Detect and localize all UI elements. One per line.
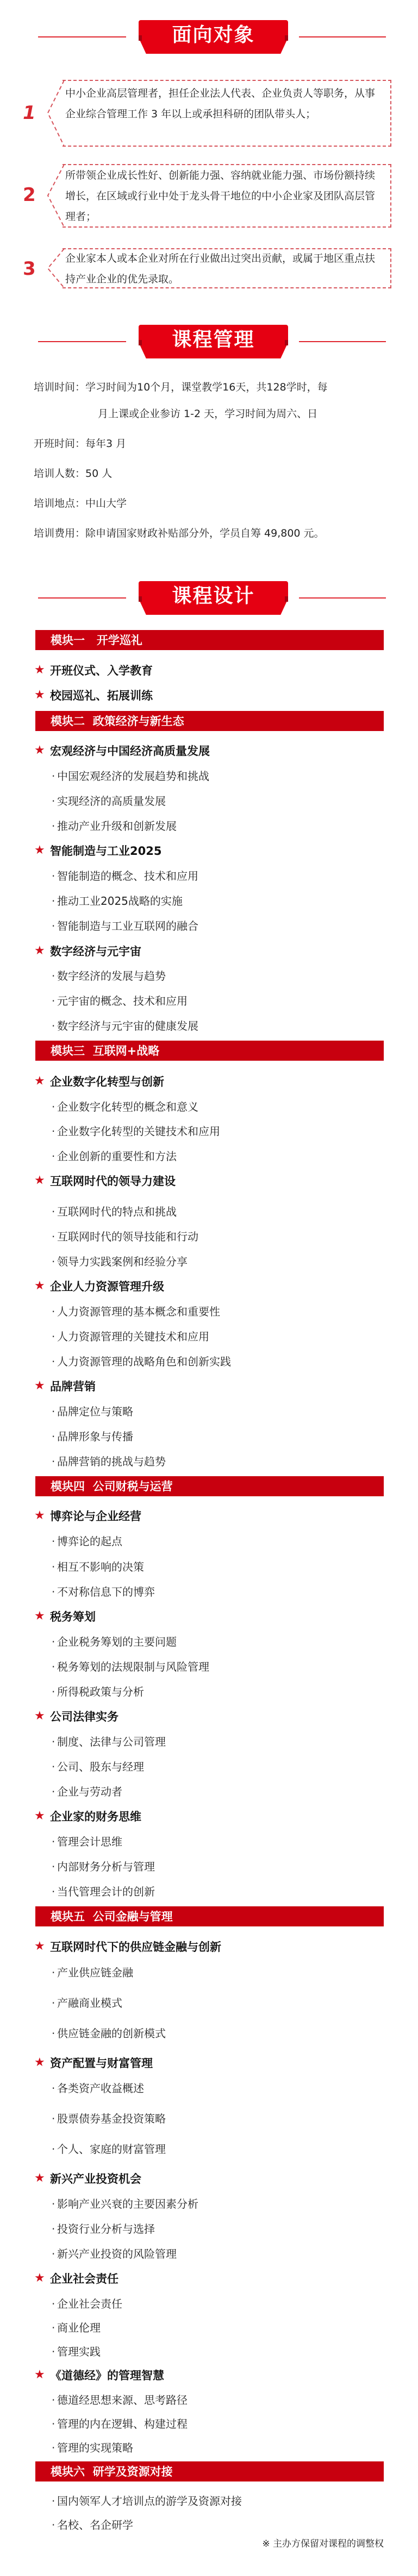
star-icon: ★: [34, 2057, 46, 2069]
subtopic: ·博弈论的起点: [52, 1534, 122, 1548]
divider-line: [38, 597, 126, 599]
star-icon: ★: [34, 1280, 46, 1292]
subtopic: ·人力资源管理的基本概念和重要性: [52, 1305, 220, 1319]
subtopic: ·股票债券基金投资策略: [52, 2112, 166, 2126]
item-number: 2: [23, 186, 36, 204]
module-bar-5: 模块五 公司金融与管理: [35, 1906, 384, 1926]
section-badge: 课程管理: [139, 325, 288, 358]
star-icon: ★: [34, 1610, 46, 1622]
star-icon: ★: [34, 845, 46, 856]
footnote: ※ 主办方保留对课程的调整权: [262, 2538, 384, 2550]
module-bar-3: 模块三 互联网+战略: [35, 1041, 384, 1061]
subtopic: ·品牌定位与策略: [52, 1404, 133, 1419]
chevron-bracket-icon: [37, 164, 64, 228]
topic-label: 企业社会责任: [50, 2271, 118, 2287]
module-bar-4: 模块四 公司财税与运营: [35, 1476, 384, 1496]
info-start-date: 开班时间：每年3 月: [34, 437, 126, 450]
star-icon: ★: [34, 2172, 46, 2184]
star-icon: ★: [34, 1380, 46, 1392]
subtopic: ·商业伦理: [52, 2321, 101, 2335]
module-title: 模块一 开学巡礼: [51, 633, 142, 648]
topic-label: 新兴产业投资机会: [50, 2171, 141, 2187]
subtopic: ·名校、名企研学: [52, 2518, 133, 2532]
audience-item-1: 1 中小企业高层管理者，担任企业法人代表、企业负责人等职务，从事企业综合管理工作…: [11, 80, 391, 147]
subtopic: ·企业与劳动者: [52, 1785, 122, 1799]
topic-label: 校园巡礼、拓展训练: [50, 688, 153, 703]
star-icon: ★: [34, 1510, 46, 1522]
module-title: 模块三 互联网+战略: [51, 1043, 159, 1059]
module-bar-1: 模块一 开学巡礼: [35, 630, 384, 650]
star-icon: ★: [34, 945, 46, 957]
module-bar-2: 模块二 政策经济与新生态: [35, 711, 384, 731]
subtopic: ·影响产业兴衰的主要因素分析: [52, 2197, 198, 2211]
subtopic: ·企业数字化转型的关键技术和应用: [52, 1124, 220, 1138]
subtopic: ·数字经济与元宇宙的健康发展: [52, 1019, 198, 1033]
topic-label: 数字经济与元宇宙: [50, 944, 141, 959]
topic-label: 企业数字化转型与创新: [50, 1074, 164, 1089]
divider-line: [299, 597, 386, 599]
star-icon: ★: [34, 2272, 46, 2284]
module-title: 模块四 公司财税与运营: [51, 1479, 173, 1494]
info-location: 培训地点：中山大学: [34, 497, 127, 510]
topic-label: 税务筹划: [50, 1609, 96, 1624]
subtopic: ·推动工业2025战略的实施: [52, 894, 183, 908]
section-badge: 面向对象: [139, 20, 288, 54]
subtopic: ·国内领军人才培训点的游学及资源对接: [52, 2494, 242, 2508]
module-title: 模块二 政策经济与新生态: [51, 714, 184, 729]
subtopic: ·不对称信息下的博弈: [52, 1585, 155, 1599]
topic-label: 智能制造与工业2025: [50, 843, 161, 859]
subtopic: ·各类资产收益概述: [52, 2081, 144, 2095]
star-icon: ★: [34, 1075, 46, 1087]
subtopic: ·管理实践: [52, 2345, 101, 2359]
subtopic: ·人力资源管理的战略角色和创新实践: [52, 1355, 231, 1369]
audience-item-3: 3 企业家本人或本企业对所在行业做出过突出贡献，或属于地区重点扶持产业企业的优先…: [11, 248, 391, 288]
info-class-size: 培训人数：50 人: [34, 467, 112, 480]
divider-line: [299, 341, 386, 342]
subtopic: ·企业创新的重要性和方法: [52, 1149, 177, 1163]
subtopic: ·新兴产业投资的风险管理: [52, 2247, 177, 2261]
subtopic: ·内部财务分析与管理: [52, 1860, 155, 1874]
divider-line: [38, 36, 126, 37]
section-header-management: 课程管理: [0, 325, 418, 360]
subtopic: ·供应链金融的创新模式: [52, 2026, 166, 2040]
topic-label: 资产配置与财富管理: [50, 2056, 153, 2071]
section-title: 面向对象: [139, 23, 288, 47]
star-icon: ★: [34, 1941, 46, 1953]
topic-label: 互联网时代的领导力建设: [50, 1174, 176, 1189]
topic-label: 品牌营销: [50, 1379, 96, 1394]
subtopic: ·智能制造与工业互联网的融合: [52, 919, 198, 933]
star-icon: ★: [34, 1810, 46, 1822]
subtopic: ·管理的实现策略: [52, 2441, 133, 2455]
topic-label: 博弈论与企业经营: [50, 1509, 141, 1524]
star-icon: ★: [34, 1175, 46, 1187]
subtopic: ·企业数字化转型的概念和意义: [52, 1100, 198, 1114]
subtopic: ·品牌形象与传播: [52, 1429, 133, 1444]
section-title: 课程管理: [139, 328, 288, 352]
topic-label: 《道德经》的管理智慧: [50, 2368, 164, 2383]
section-title: 课程设计: [139, 584, 288, 608]
subtopic: ·互联网时代的领导技能和行动: [52, 1230, 198, 1244]
topic-label: 开班仪式、入学教育: [50, 663, 153, 678]
subtopic: ·推动产业升级和创新发展: [52, 819, 177, 833]
info-training-time: 培训时间：学习时间为10个月，课堂教学16天，共128学时，每: [34, 381, 328, 394]
subtopic: ·产业供应链金融: [52, 1966, 133, 1980]
subtopic: ·德道经思想来源、思考路径: [52, 2393, 188, 2407]
topic-label: 宏观经济与中国经济高质量发展: [50, 744, 210, 759]
subtopic: ·当代管理会计的创新: [52, 1885, 155, 1899]
module-title: 模块六 研学及资源对接: [51, 2464, 173, 2479]
subtopic: ·税务筹划的法规限制与风险管理: [52, 1660, 209, 1674]
divider-line: [299, 36, 386, 37]
audience-text: 企业家本人或本企业对所在行业做出过突出贡献，或属于地区重点扶持产业企业的优先录取…: [65, 248, 385, 289]
subtopic: ·中国宏观经济的发展趋势和挑战: [52, 769, 209, 783]
star-icon: ★: [34, 689, 46, 701]
star-icon: ★: [34, 745, 46, 757]
subtopic: ·管理会计思维: [52, 1835, 122, 1849]
topic-label: 企业人力资源管理升级: [50, 1279, 164, 1294]
subtopic: ·个人、家庭的财富管理: [52, 2142, 166, 2156]
subtopic: ·人力资源管理的关键技术和应用: [52, 1330, 209, 1344]
subtopic: ·企业税务筹划的主要问题: [52, 1635, 177, 1649]
subtopic: ·元宇宙的概念、技术和应用: [52, 994, 188, 1008]
audience-text: 中小企业高层管理者，担任企业法人代表、企业负责人等职务，从事企业综合管理工作 3…: [65, 83, 385, 124]
section-badge: 课程设计: [139, 581, 288, 615]
chevron-bracket-icon: [37, 248, 64, 288]
star-icon: ★: [34, 664, 46, 676]
info-training-time-cont: 月上课或企业参访 1-2 天，学习时间为周六、日: [98, 407, 317, 420]
subtopic: ·智能制造的概念、技术和应用: [52, 869, 198, 883]
subtopic: ·公司、股东与经理: [52, 1760, 144, 1774]
module-title: 模块五 公司金融与管理: [51, 1909, 173, 1924]
subtopic: ·管理的内在逻辑、构建过程: [52, 2417, 188, 2431]
audience-item-2: 2 所带领企业成长性好、创新能力强、容纳就业能力强、市场份额持续增长，在区域或行…: [11, 164, 391, 228]
section-header-design: 课程设计: [0, 581, 418, 616]
subtopic: ·领导力实践案例和经验分享: [52, 1255, 188, 1269]
subtopic: ·品牌营销的挑战与趋势: [52, 1454, 166, 1469]
subtopic: ·所得税政策与分析: [52, 1685, 144, 1699]
subtopic: ·相互不影响的决策: [52, 1560, 144, 1574]
item-number: 3: [23, 260, 36, 278]
audience-text: 所带领企业成长性好、创新能力强、容纳就业能力强、市场份额持续增长，在区域或行业中…: [65, 165, 385, 227]
subtopic: ·投资行业分析与选择: [52, 2222, 155, 2236]
chevron-bracket-icon: [37, 80, 64, 147]
star-icon: ★: [34, 2369, 46, 2381]
subtopic: ·制度、法律与公司管理: [52, 1735, 166, 1749]
topic-label: 企业家的财务思维: [50, 1809, 141, 1824]
subtopic: ·互联网时代的特点和挑战: [52, 1205, 177, 1219]
module-bar-6: 模块六 研学及资源对接: [35, 2461, 384, 2481]
subtopic: ·实现经济的高质量发展: [52, 794, 166, 808]
topic-label: 公司法律实务: [50, 1709, 118, 1724]
star-icon: ★: [34, 1710, 46, 1722]
subtopic: ·产融商业模式: [52, 1996, 122, 2010]
subtopic: ·数字经济的发展与趋势: [52, 969, 166, 983]
topic-label: 互联网时代下的供应链金融与创新: [50, 1939, 221, 1955]
divider-line: [38, 341, 126, 342]
info-fee: 培训费用：除申请国家财政补贴部分外，学员自筹 49,800 元。: [34, 527, 325, 540]
item-number: 1: [23, 104, 36, 122]
subtopic: ·企业社会责任: [52, 2297, 122, 2311]
section-header-audience: 面向对象: [0, 20, 418, 55]
